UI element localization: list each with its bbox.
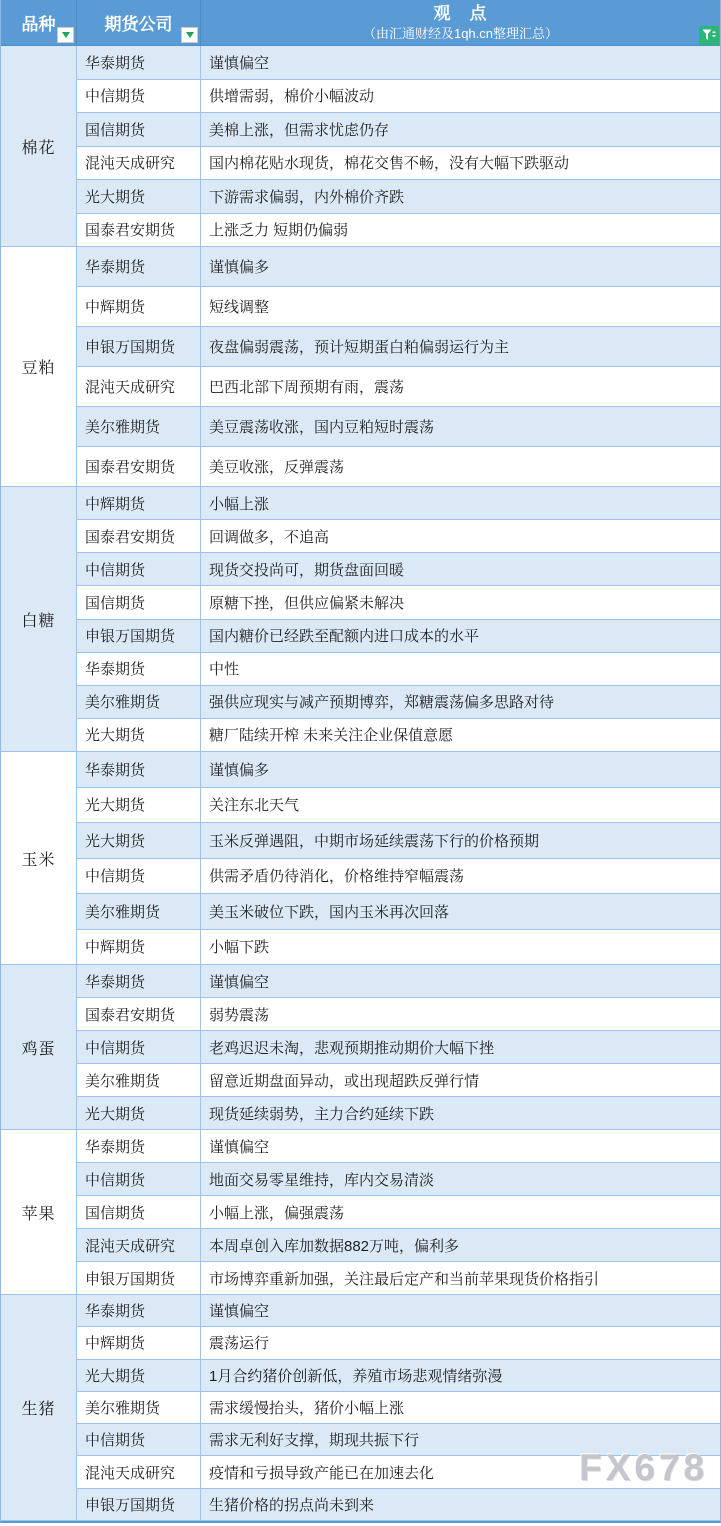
section-rows: 华泰期货谨慎偏空中信期货供增需弱，棉价小幅波动国信期货美棉上涨，但需求忧虑仍存混…: [77, 46, 720, 247]
company-cell: 华泰期货: [77, 752, 201, 787]
company-cell: 中信期货: [77, 1163, 201, 1195]
table-row: 国泰君安期货美豆收涨，反弹震荡: [77, 447, 720, 487]
company-cell: 混沌天成研究: [77, 367, 201, 406]
company-cell: 混沌天成研究: [77, 147, 201, 180]
header-cell-variety: 品种: [1, 0, 77, 45]
company-header-label: 期货公司: [105, 10, 173, 35]
company-cell: 华泰期货: [77, 1295, 201, 1326]
commodity-section: 生猪华泰期货谨慎偏空中辉期货震荡运行光大期货1月合约猪价创新低，养殖市场悲观情绪…: [1, 1295, 720, 1521]
table-row: 申银万国期货生猪价格的拐点尚未到来: [77, 1489, 720, 1521]
table-row: 光大期货1月合约猪价创新低，养殖市场悲观情绪弥漫: [77, 1360, 720, 1392]
table-row: 申银万国期货夜盘偏弱震荡，预计短期蛋白粕偏弱运行为主: [77, 327, 720, 367]
table-row: 中信期货地面交易零星维持，库内交易清淡: [77, 1163, 720, 1196]
company-cell: 光大期货: [77, 180, 201, 213]
table-row: 光大期货下游需求偏弱，内外棉价齐跌: [77, 180, 720, 214]
commodity-section: 棉花华泰期货谨慎偏空中信期货供增需弱，棉价小幅波动国信期货美棉上涨，但需求忧虑仍…: [1, 46, 720, 247]
viewpoint-cell: 疫情和亏损导致产能已在加速去化: [201, 1456, 720, 1487]
table-row: 光大期货关注东北天气: [77, 788, 720, 824]
viewpoint-header-title: 观 点: [434, 4, 488, 24]
table-row: 美尔雅期货需求缓慢抬头，猪价小幅上涨: [77, 1392, 720, 1424]
viewpoint-cell: 老鸡迟迟未淘，悲观预期推动期价大幅下挫: [201, 1031, 720, 1063]
viewpoint-cell: 市场博弈重新加强，关注最后定产和当前苹果现货价格指引: [201, 1262, 720, 1294]
company-cell: 国泰君安期货: [77, 520, 201, 552]
table-row: 光大期货玉米反弹遇阻，中期市场延续震荡下行的价格预期: [77, 823, 720, 859]
table-row: 美尔雅期货美豆震荡收涨，国内豆粕短时震荡: [77, 407, 720, 447]
viewpoint-cell: 夜盘偏弱震荡，预计短期蛋白粕偏弱运行为主: [201, 327, 720, 366]
corner-filter-button[interactable]: [699, 26, 719, 45]
viewpoint-cell: 谨慎偏空: [201, 1130, 720, 1162]
funnel-icon: [702, 29, 716, 42]
table-row: 华泰期货谨慎偏空: [77, 965, 720, 998]
company-filter-dropdown-button[interactable]: [181, 27, 198, 43]
table-body: 棉花华泰期货谨慎偏空中信期货供增需弱，棉价小幅波动国信期货美棉上涨，但需求忧虑仍…: [1, 46, 720, 1521]
viewpoint-cell: 本周卓创入库加数据882万吨，偏利多: [201, 1229, 720, 1261]
table-row: 国信期货小幅上涨，偏强震荡: [77, 1196, 720, 1229]
company-cell: 混沌天成研究: [77, 1456, 201, 1487]
table-row: 华泰期货谨慎偏空: [77, 1130, 720, 1163]
table-row: 中信期货需求无利好支撑，期现共振下行: [77, 1424, 720, 1456]
variety-header-label: 品种: [22, 10, 56, 35]
commodity-section: 鸡蛋华泰期货谨慎偏空国泰君安期货弱势震荡中信期货老鸡迟迟未淘，悲观预期推动期价大…: [1, 965, 720, 1130]
company-cell: 中辉期货: [77, 930, 201, 965]
company-cell: 国信期货: [77, 1196, 201, 1228]
table-row: 中信期货供增需弱，棉价小幅波动: [77, 80, 720, 114]
company-cell: 国泰君安期货: [77, 447, 201, 486]
company-cell: 光大期货: [77, 823, 201, 858]
table-row: 混沌天成研究本周卓创入库加数据882万吨，偏利多: [77, 1229, 720, 1262]
section-rows: 华泰期货谨慎偏空中辉期货震荡运行光大期货1月合约猪价创新低，养殖市场悲观情绪弥漫…: [77, 1295, 720, 1521]
variety-cell: 棉花: [1, 46, 77, 247]
table-row: 混沌天成研究国内棉花贴水现货，棉花交售不畅，没有大幅下跌驱动: [77, 147, 720, 181]
table-row: 混沌天成研究疫情和亏损导致产能已在加速去化: [77, 1456, 720, 1488]
company-cell: 光大期货: [77, 719, 201, 751]
commodity-section: 白糖中辉期货小幅上涨国泰君安期货回调做多，不追高中信期货现货交投尚可，期货盘面回…: [1, 487, 720, 752]
table-row: 中信期货供需矛盾仍待消化，价格维持窄幅震荡: [77, 859, 720, 895]
company-cell: 国信期货: [77, 586, 201, 618]
company-cell: 中辉期货: [77, 1327, 201, 1358]
viewpoint-cell: 关注东北天气: [201, 788, 720, 823]
header-cell-viewpoint: 观 点 （由汇通财经及1qh.cn整理汇总）: [201, 0, 720, 45]
viewpoint-cell: 玉米反弹遇阻，中期市场延续震荡下行的价格预期: [201, 823, 720, 858]
table-row: 美尔雅期货留意近期盘面异动，或出现超跌反弹行情: [77, 1064, 720, 1097]
company-cell: 光大期货: [77, 1360, 201, 1391]
table-row: 华泰期货中性: [77, 653, 720, 686]
company-cell: 混沌天成研究: [77, 1229, 201, 1261]
table-row: 华泰期货谨慎偏多: [77, 247, 720, 287]
viewpoint-cell: 谨慎偏多: [201, 752, 720, 787]
table-row: 国泰君安期货回调做多，不追高: [77, 520, 720, 553]
viewpoint-cell: 强供应现实与减产预期博弈，郑糖震荡偏多思路对待: [201, 686, 720, 718]
table-row: 国信期货美棉上涨，但需求忧虑仍存: [77, 113, 720, 147]
viewpoint-cell: 谨慎偏多: [201, 247, 720, 286]
variety-filter-dropdown-button[interactable]: [57, 27, 74, 43]
section-rows: 华泰期货谨慎偏多中辉期货短线调整申银万国期货夜盘偏弱震荡，预计短期蛋白粕偏弱运行…: [77, 247, 720, 487]
table-row: 美尔雅期货美玉米破位下跌，国内玉米再次回落: [77, 894, 720, 930]
viewpoint-cell: 生猪价格的拐点尚未到来: [201, 1489, 720, 1520]
company-cell: 光大期货: [77, 1097, 201, 1129]
section-rows: 华泰期货谨慎偏多光大期货关注东北天气光大期货玉米反弹遇阻，中期市场延续震荡下行的…: [77, 752, 720, 965]
company-cell: 美尔雅期货: [77, 686, 201, 718]
company-cell: 华泰期货: [77, 965, 201, 997]
viewpoint-cell: 国内糖价已经跌至配额内进口成本的水平: [201, 620, 720, 652]
variety-cell: 苹果: [1, 1130, 77, 1295]
company-cell: 中信期货: [77, 1424, 201, 1455]
company-cell: 中辉期货: [77, 487, 201, 519]
section-rows: 华泰期货谨慎偏空中信期货地面交易零星维持，库内交易清淡国信期货小幅上涨，偏强震荡…: [77, 1130, 720, 1295]
commodity-section: 玉米华泰期货谨慎偏多光大期货关注东北天气光大期货玉米反弹遇阻，中期市场延续震荡下…: [1, 752, 720, 965]
table-row: 美尔雅期货强供应现实与减产预期博弈，郑糖震荡偏多思路对待: [77, 686, 720, 719]
company-cell: 华泰期货: [77, 1130, 201, 1162]
company-cell: 美尔雅期货: [77, 407, 201, 446]
company-cell: 中辉期货: [77, 287, 201, 326]
table-row: 混沌天成研究巴西北部下周预期有雨，震荡: [77, 367, 720, 407]
viewpoint-cell: 弱势震荡: [201, 998, 720, 1030]
viewpoint-cell: 现货交投尚可，期货盘面回暖: [201, 553, 720, 585]
viewpoint-cell: 谨慎偏空: [201, 965, 720, 997]
table-row: 申银万国期货市场博弈重新加强，关注最后定产和当前苹果现货价格指引: [77, 1262, 720, 1295]
table-row: 中辉期货震荡运行: [77, 1327, 720, 1359]
viewpoint-cell: 短线调整: [201, 287, 720, 326]
company-cell: 华泰期货: [77, 653, 201, 685]
table-row: 中信期货现货交投尚可，期货盘面回暖: [77, 553, 720, 586]
viewpoint-cell: 震荡运行: [201, 1327, 720, 1358]
opinions-table: 品种 期货公司 观 点 （由汇通财经及1qh.cn整理汇总）: [0, 0, 721, 1523]
viewpoint-cell: 地面交易零星维持，库内交易清淡: [201, 1163, 720, 1195]
company-cell: 中信期货: [77, 1031, 201, 1063]
company-cell: 华泰期货: [77, 46, 201, 79]
table-row: 华泰期货谨慎偏多: [77, 752, 720, 788]
table-row: 光大期货现货延续弱势，主力合约延续下跌: [77, 1097, 720, 1130]
company-cell: 国泰君安期货: [77, 998, 201, 1030]
viewpoint-cell: 下游需求偏弱，内外棉价齐跌: [201, 180, 720, 213]
company-cell: 中信期货: [77, 553, 201, 585]
table-row: 中辉期货短线调整: [77, 287, 720, 327]
viewpoint-cell: 需求缓慢抬头，猪价小幅上涨: [201, 1392, 720, 1423]
viewpoint-cell: 小幅上涨，偏强震荡: [201, 1196, 720, 1228]
viewpoint-cell: 供增需弱，棉价小幅波动: [201, 80, 720, 113]
company-cell: 中信期货: [77, 859, 201, 894]
table-row: 申银万国期货国内糖价已经跌至配额内进口成本的水平: [77, 620, 720, 653]
company-cell: 申银万国期货: [77, 1489, 201, 1520]
company-cell: 华泰期货: [77, 247, 201, 286]
viewpoint-cell: 回调做多，不追高: [201, 520, 720, 552]
viewpoint-header-subtitle: （由汇通财经及1qh.cn整理汇总）: [363, 25, 558, 42]
table-row: 光大期货糖厂陆续开榨 未来关注企业保值意愿: [77, 719, 720, 752]
table-row: 国泰君安期货弱势震荡: [77, 998, 720, 1031]
viewpoint-cell: 谨慎偏空: [201, 46, 720, 79]
viewpoint-cell: 小幅下跌: [201, 930, 720, 965]
variety-cell: 鸡蛋: [1, 965, 77, 1130]
viewpoint-cell: 现货延续弱势，主力合约延续下跌: [201, 1097, 720, 1129]
viewpoint-cell: 糖厂陆续开榨 未来关注企业保值意愿: [201, 719, 720, 751]
dropdown-arrow-icon: [62, 32, 70, 38]
viewpoint-cell: 美豆震荡收涨，国内豆粕短时震荡: [201, 407, 720, 446]
viewpoint-cell: 谨慎偏空: [201, 1295, 720, 1326]
table-row: 中辉期货小幅下跌: [77, 930, 720, 966]
company-cell: 美尔雅期货: [77, 894, 201, 929]
company-cell: 申银万国期货: [77, 327, 201, 366]
table-row: 华泰期货谨慎偏空: [77, 1295, 720, 1327]
viewpoint-cell: 上涨乏力 短期仍偏弱: [201, 214, 720, 247]
variety-cell: 生猪: [1, 1295, 77, 1521]
company-cell: 国泰君安期货: [77, 214, 201, 247]
viewpoint-cell: 美玉米破位下跌，国内玉米再次回落: [201, 894, 720, 929]
futures-opinions-page: 品种 期货公司 观 点 （由汇通财经及1qh.cn整理汇总）: [0, 0, 721, 1526]
viewpoint-cell: 需求无利好支撑，期现共振下行: [201, 1424, 720, 1455]
variety-cell: 玉米: [1, 752, 77, 965]
table-header-row: 品种 期货公司 观 点 （由汇通财经及1qh.cn整理汇总）: [1, 0, 720, 46]
commodity-section: 豆粕华泰期货谨慎偏多中辉期货短线调整申银万国期货夜盘偏弱震荡，预计短期蛋白粕偏弱…: [1, 247, 720, 487]
variety-cell: 白糖: [1, 487, 77, 752]
table-row: 国信期货原糖下挫，但供应偏紧未解决: [77, 586, 720, 619]
company-cell: 美尔雅期货: [77, 1064, 201, 1096]
viewpoint-cell: 国内棉花贴水现货，棉花交售不畅，没有大幅下跌驱动: [201, 147, 720, 180]
viewpoint-cell: 巴西北部下周预期有雨，震荡: [201, 367, 720, 406]
table-row: 华泰期货谨慎偏空: [77, 46, 720, 80]
company-cell: 申银万国期货: [77, 1262, 201, 1294]
section-rows: 中辉期货小幅上涨国泰君安期货回调做多，不追高中信期货现货交投尚可，期货盘面回暖国…: [77, 487, 720, 752]
section-rows: 华泰期货谨慎偏空国泰君安期货弱势震荡中信期货老鸡迟迟未淘，悲观预期推动期价大幅下…: [77, 965, 720, 1130]
company-cell: 光大期货: [77, 788, 201, 823]
viewpoint-cell: 美棉上涨，但需求忧虑仍存: [201, 113, 720, 146]
table-row: 国泰君安期货上涨乏力 短期仍偏弱: [77, 214, 720, 248]
variety-cell: 豆粕: [1, 247, 77, 487]
company-cell: 美尔雅期货: [77, 1392, 201, 1423]
dropdown-arrow-icon: [186, 32, 194, 38]
header-cell-company: 期货公司: [77, 0, 201, 45]
viewpoint-cell: 留意近期盘面异动，或出现超跌反弹行情: [201, 1064, 720, 1096]
table-row: 中信期货老鸡迟迟未淘，悲观预期推动期价大幅下挫: [77, 1031, 720, 1064]
commodity-section: 苹果华泰期货谨慎偏空中信期货地面交易零星维持，库内交易清淡国信期货小幅上涨，偏强…: [1, 1130, 720, 1295]
viewpoint-cell: 原糖下挫，但供应偏紧未解决: [201, 586, 720, 618]
viewpoint-cell: 1月合约猪价创新低，养殖市场悲观情绪弥漫: [201, 1360, 720, 1391]
viewpoint-cell: 小幅上涨: [201, 487, 720, 519]
table-row: 中辉期货小幅上涨: [77, 487, 720, 520]
viewpoint-cell: 美豆收涨，反弹震荡: [201, 447, 720, 486]
company-cell: 国信期货: [77, 113, 201, 146]
company-cell: 申银万国期货: [77, 620, 201, 652]
viewpoint-cell: 供需矛盾仍待消化，价格维持窄幅震荡: [201, 859, 720, 894]
viewpoint-cell: 中性: [201, 653, 720, 685]
company-cell: 中信期货: [77, 80, 201, 113]
